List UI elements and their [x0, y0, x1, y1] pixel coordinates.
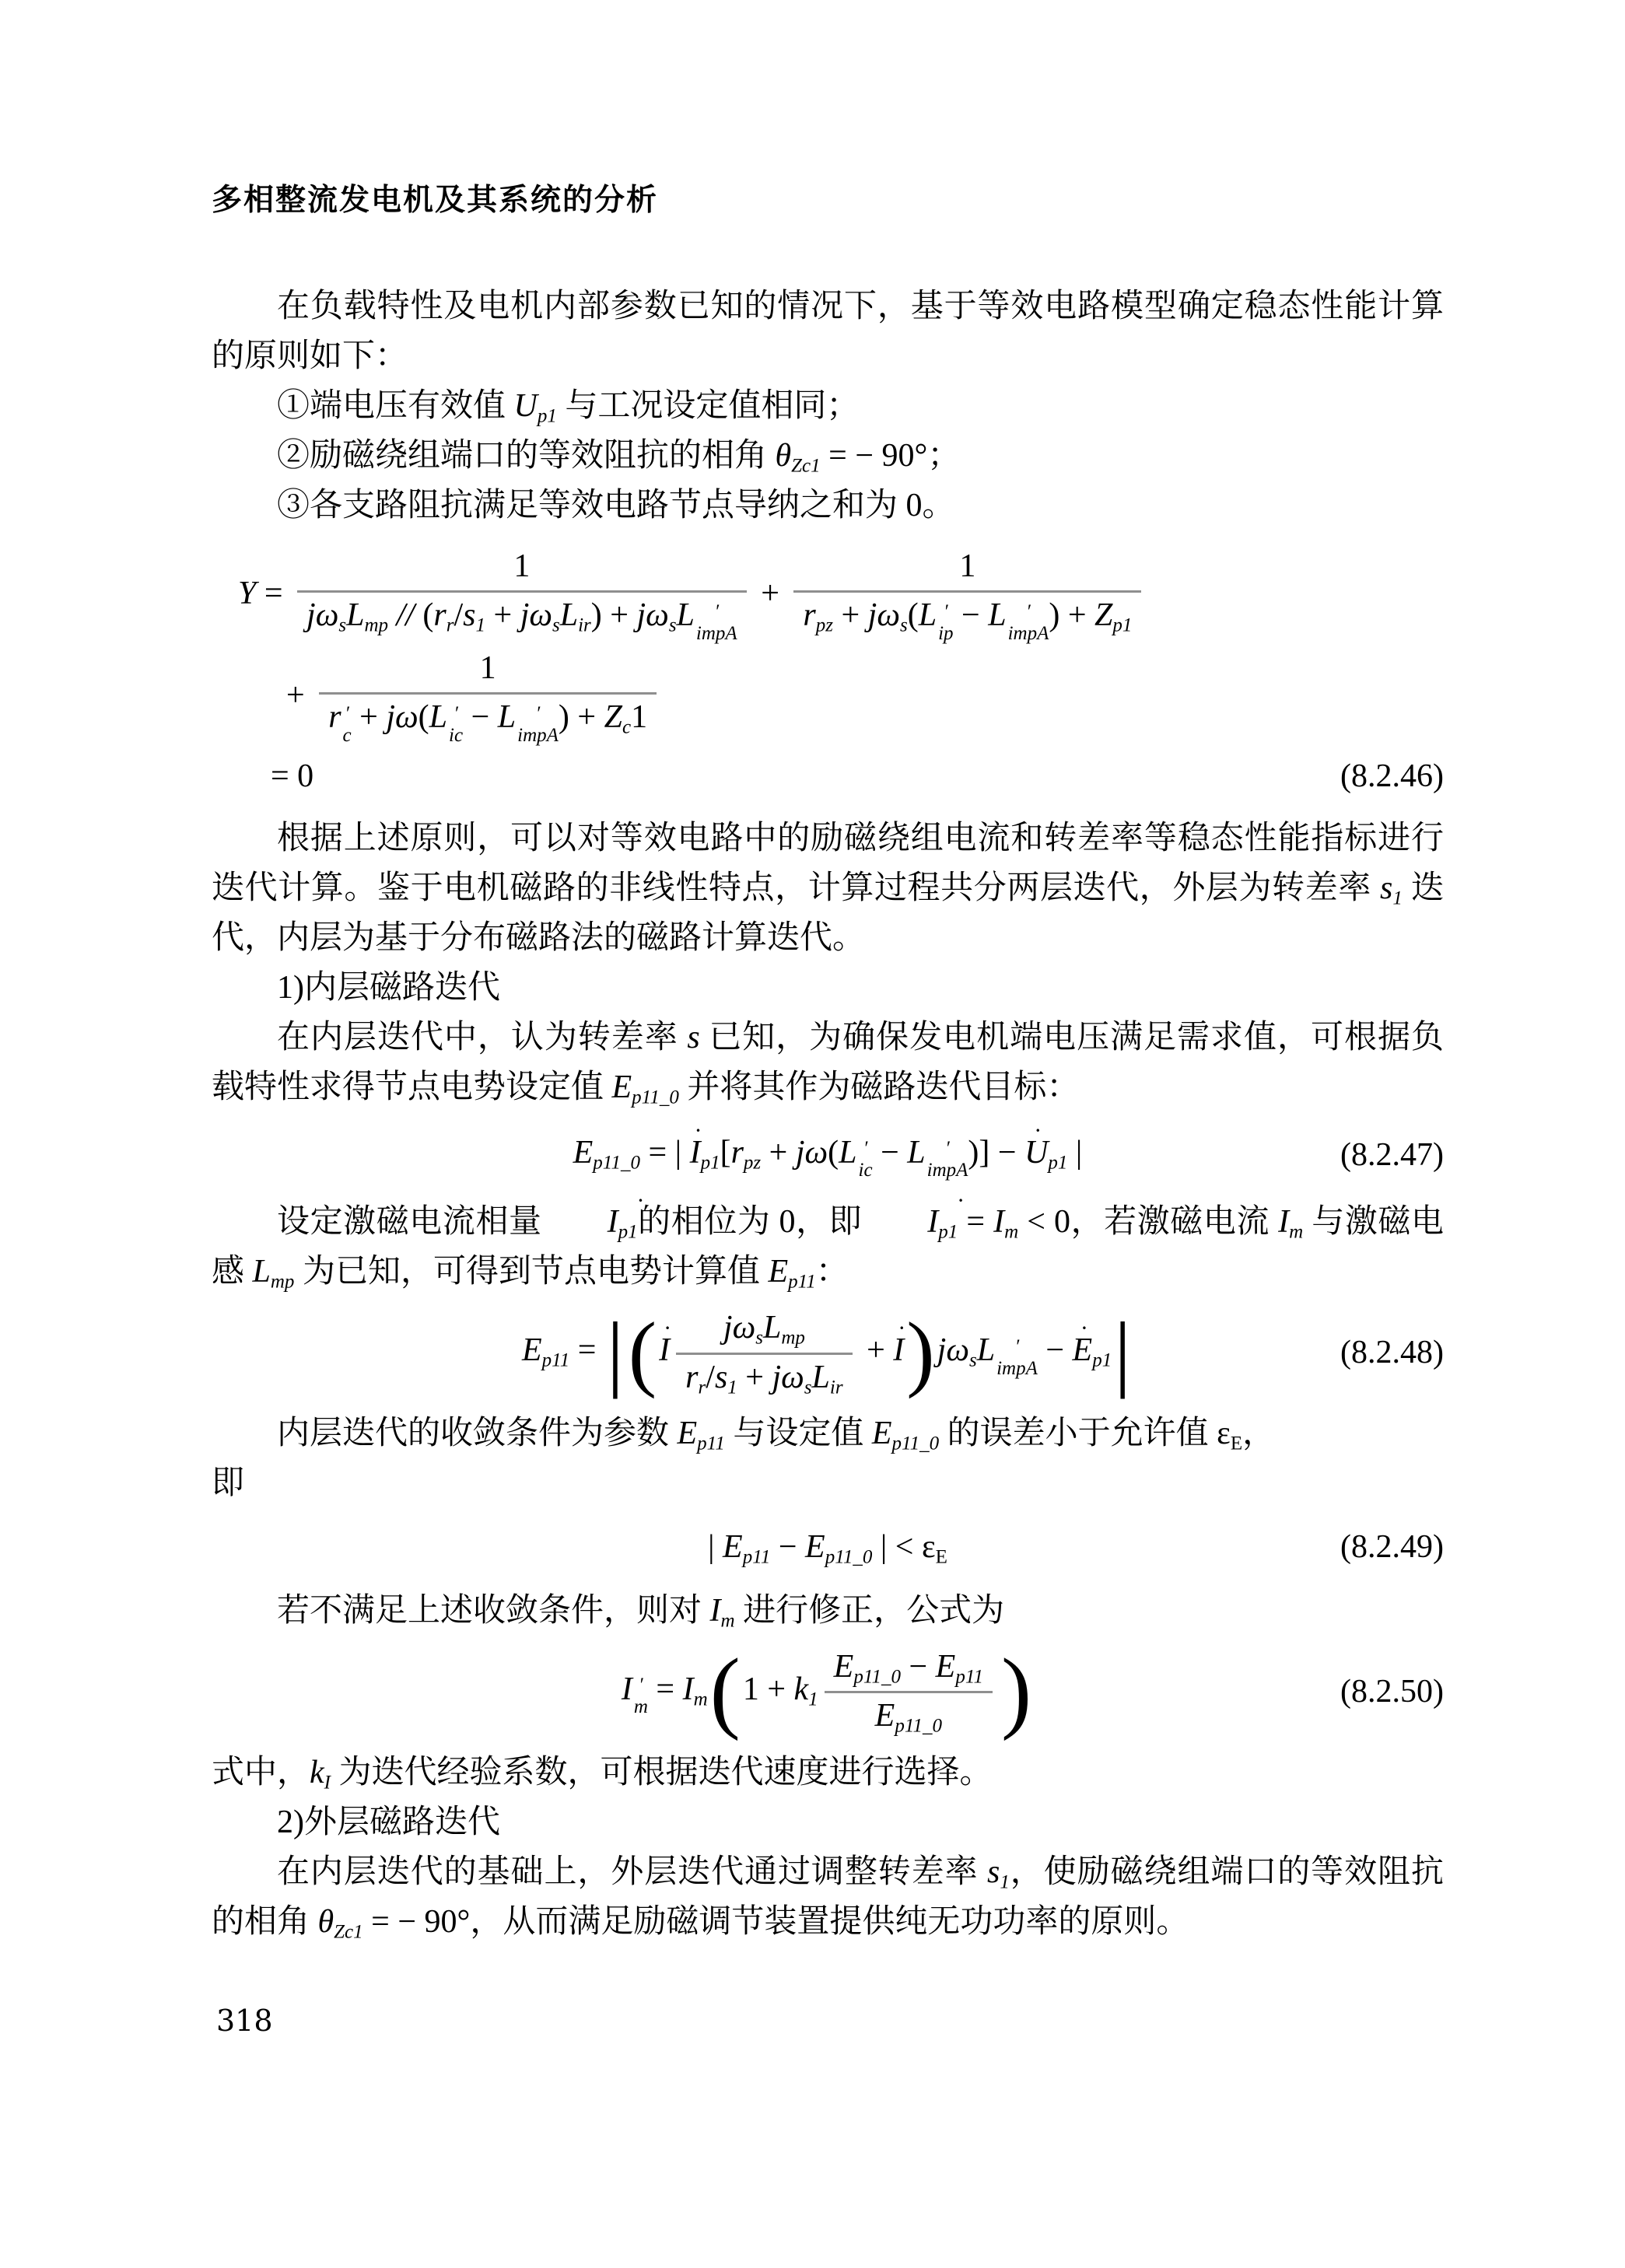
list-item-1: ①端电压有效值 Up1 与工况设定值相同；: [212, 381, 1444, 431]
book-page: 多相整流发电机及其系统的分析 在负载特性及电机内部参数已知的情况下，基于等效电路…: [0, 0, 1625, 2268]
equation-8-2-50: I′m = Im(1 + k1Ep11_0 − Ep11Ep11_0) (8.2…: [212, 1648, 1444, 1735]
equation-line: + 1r′c + jω(L′ic − L′impA) + Zc1: [286, 649, 1444, 747]
running-head: 多相整流发电机及其系统的分析: [212, 176, 658, 219]
equation-number: (8.2.50): [1340, 1667, 1444, 1717]
para-convergence-condition-cont: 即: [212, 1458, 1444, 1508]
para-correction: 若不满足上述收敛条件，则对 Im 进行修正，公式为: [212, 1586, 1444, 1636]
equation-8-2-47: Ep11_0 = | ˙Ip1[rpz + jω(L′ic − L′impA)]…: [212, 1128, 1444, 1182]
para-iteration-overview: 根据上述原则，可以对等效电路中的励磁绕组电流和转差率等稳态性能指标进行迭代计算。…: [212, 814, 1444, 963]
equation-8-2-49: | Ep11 − Ep11_0 | < εE (8.2.49): [212, 1522, 1444, 1572]
para-coefficient-note: 式中，kI 为迭代经验系数，可根据迭代速度进行选择。: [212, 1748, 1444, 1797]
para-outer-iteration: 在内层迭代的基础上，外层迭代通过调整转差率 s1，使励磁绕组端口的等效阻抗的相角…: [212, 1847, 1444, 1947]
equation-number: (8.2.49): [1340, 1522, 1444, 1572]
heading-inner-iteration: 1)内层磁路迭代: [212, 963, 1444, 1013]
equation-8-2-46: Y = 1jωsLmp // (rr/s1 + jωsLir) + jωsL′i…: [212, 548, 1444, 801]
equation-number: (8.2.47): [1340, 1130, 1444, 1180]
page-number: 318: [216, 2004, 273, 2038]
equation-number: (8.2.48): [1340, 1328, 1444, 1377]
para-intro: 在负载特性及电机内部参数已知的情况下，基于等效电路模型确定稳态性能计算的原则如下…: [212, 282, 1444, 381]
equation-number: (8.2.46): [1340, 751, 1444, 801]
para-inner-iteration: 在内层迭代中，认为转差率 s 已知，为确保发电机端电压满足需求值，可根据负载特性…: [212, 1013, 1444, 1112]
equation-line: = 0 (8.2.46): [271, 751, 1444, 801]
equation-line: Y = 1jωsLmp // (rr/s1 + jωsLir) + jωsL′i…: [238, 548, 1444, 645]
equation-8-2-48: Ep11 = |(˙IjωsLmprr/s1 + jωsLir + ˙I)jωs…: [212, 1309, 1444, 1396]
list-item-3: ③各支路阻抗满足等效电路节点导纳之和为 0。: [212, 481, 1444, 530]
page-body: 在负载特性及电机内部参数已知的情况下，基于等效电路模型确定稳态性能计算的原则如下…: [212, 282, 1444, 1947]
para-excitation-current: 设定激磁电流相量˙Ip1的相位为 0，即˙Ip1 = Im < 0，若激磁电流 …: [212, 1197, 1444, 1297]
list-item-2: ②励磁绕组端口的等效阻抗的相角 θZc1 = − 90°；: [212, 431, 1444, 481]
heading-outer-iteration: 2)外层磁路迭代: [212, 1797, 1444, 1847]
para-convergence-condition: 内层迭代的收敛条件为参数 Ep11 与设定值 Ep11_0 的误差小于允许值 ε…: [212, 1409, 1444, 1458]
